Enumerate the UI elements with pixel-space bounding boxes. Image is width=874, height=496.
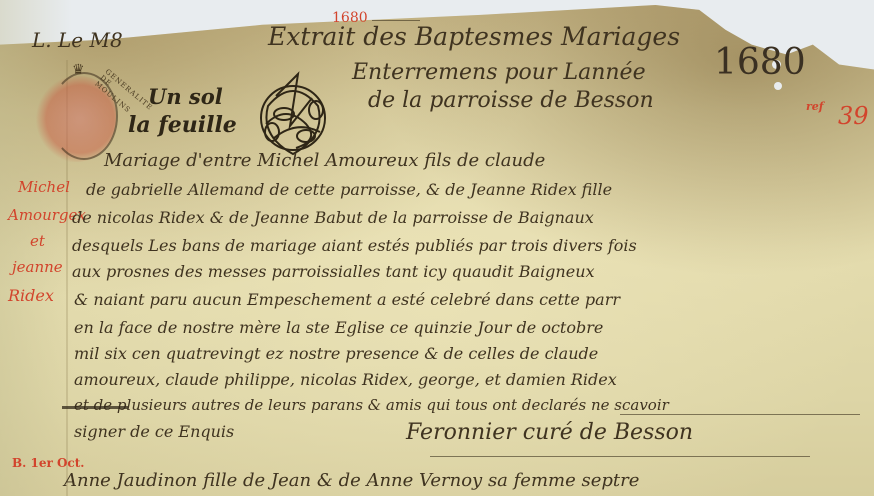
heading-line-1: Extrait des Baptesmes Mariages bbox=[268, 22, 680, 51]
margin-name-line-1: Michel bbox=[18, 178, 70, 196]
priest-signature: Feronnier curé de Besson bbox=[406, 420, 693, 445]
year-underline bbox=[372, 20, 420, 21]
record-line-5: aux prosnes des messes parroissialles ta… bbox=[72, 262, 595, 281]
corner-note: L. Le M8 bbox=[32, 28, 123, 52]
record-line-1: Mariage d'entre Michel Amoureux fils de … bbox=[104, 150, 545, 171]
worm-hole bbox=[774, 82, 782, 90]
margin-name-line-5: Ridex bbox=[8, 286, 54, 305]
record-line-3: de nicolas Ridex & de Jeanne Babut de la… bbox=[72, 208, 594, 227]
strikethrough bbox=[62, 406, 128, 409]
margin-name-line-3: et bbox=[30, 232, 45, 250]
record-line-8: mil six cen quatrevingt ez nostre presen… bbox=[74, 344, 598, 363]
crown-icon: ♛ bbox=[72, 62, 85, 78]
heading-line-2: Enterremens pour Lannée bbox=[352, 60, 646, 85]
margin-name-line-4: jeanne bbox=[12, 258, 63, 276]
tax-stamp: ♛ GENERALITE DE MOULINS bbox=[36, 62, 118, 162]
next-entry-margin-note: B. 1er Oct. bbox=[12, 456, 84, 470]
next-entry-text: Anne Jaudinon fille de Jean & de Anne Ve… bbox=[64, 470, 639, 491]
signature-underline bbox=[430, 456, 810, 457]
record-line-11: signer de ce Enquis bbox=[74, 422, 234, 441]
record-line-7: en la face de nostre mère la ste Eglise … bbox=[74, 318, 603, 337]
record-line-9: amoureux, claude philippe, nicolas Ridex… bbox=[74, 370, 617, 389]
archival-red-mark: ref bbox=[806, 100, 824, 113]
archival-folio-note: 39 bbox=[838, 102, 869, 130]
record-line-10: et de plusieurs autres de leurs parans &… bbox=[74, 396, 669, 414]
record-line-2: de gabrielle Allemand de cette parroisse… bbox=[86, 180, 612, 199]
record-line-4: desquels Les bans de mariage aiant estés… bbox=[72, 236, 637, 255]
heading-line-3: de la parroisse de Besson bbox=[368, 88, 654, 113]
heading-year: 1680 bbox=[714, 42, 806, 83]
separator-line bbox=[620, 414, 860, 415]
tax-stamp-line-2: la feuille bbox=[128, 112, 237, 138]
record-line-6: & naiant paru aucun Empeschement a esté … bbox=[74, 290, 620, 309]
tax-stamp-line-1: Un sol bbox=[148, 84, 223, 109]
